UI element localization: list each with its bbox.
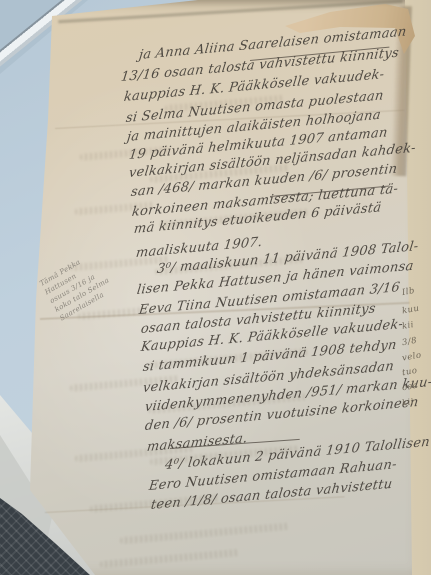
adjacent-page-fragment: kii xyxy=(401,320,415,332)
adjacent-page-fragment: kii xyxy=(401,397,415,409)
photo-of-document: ja Anna Aliina Saarelaisen omistamaan13/… xyxy=(0,0,431,575)
